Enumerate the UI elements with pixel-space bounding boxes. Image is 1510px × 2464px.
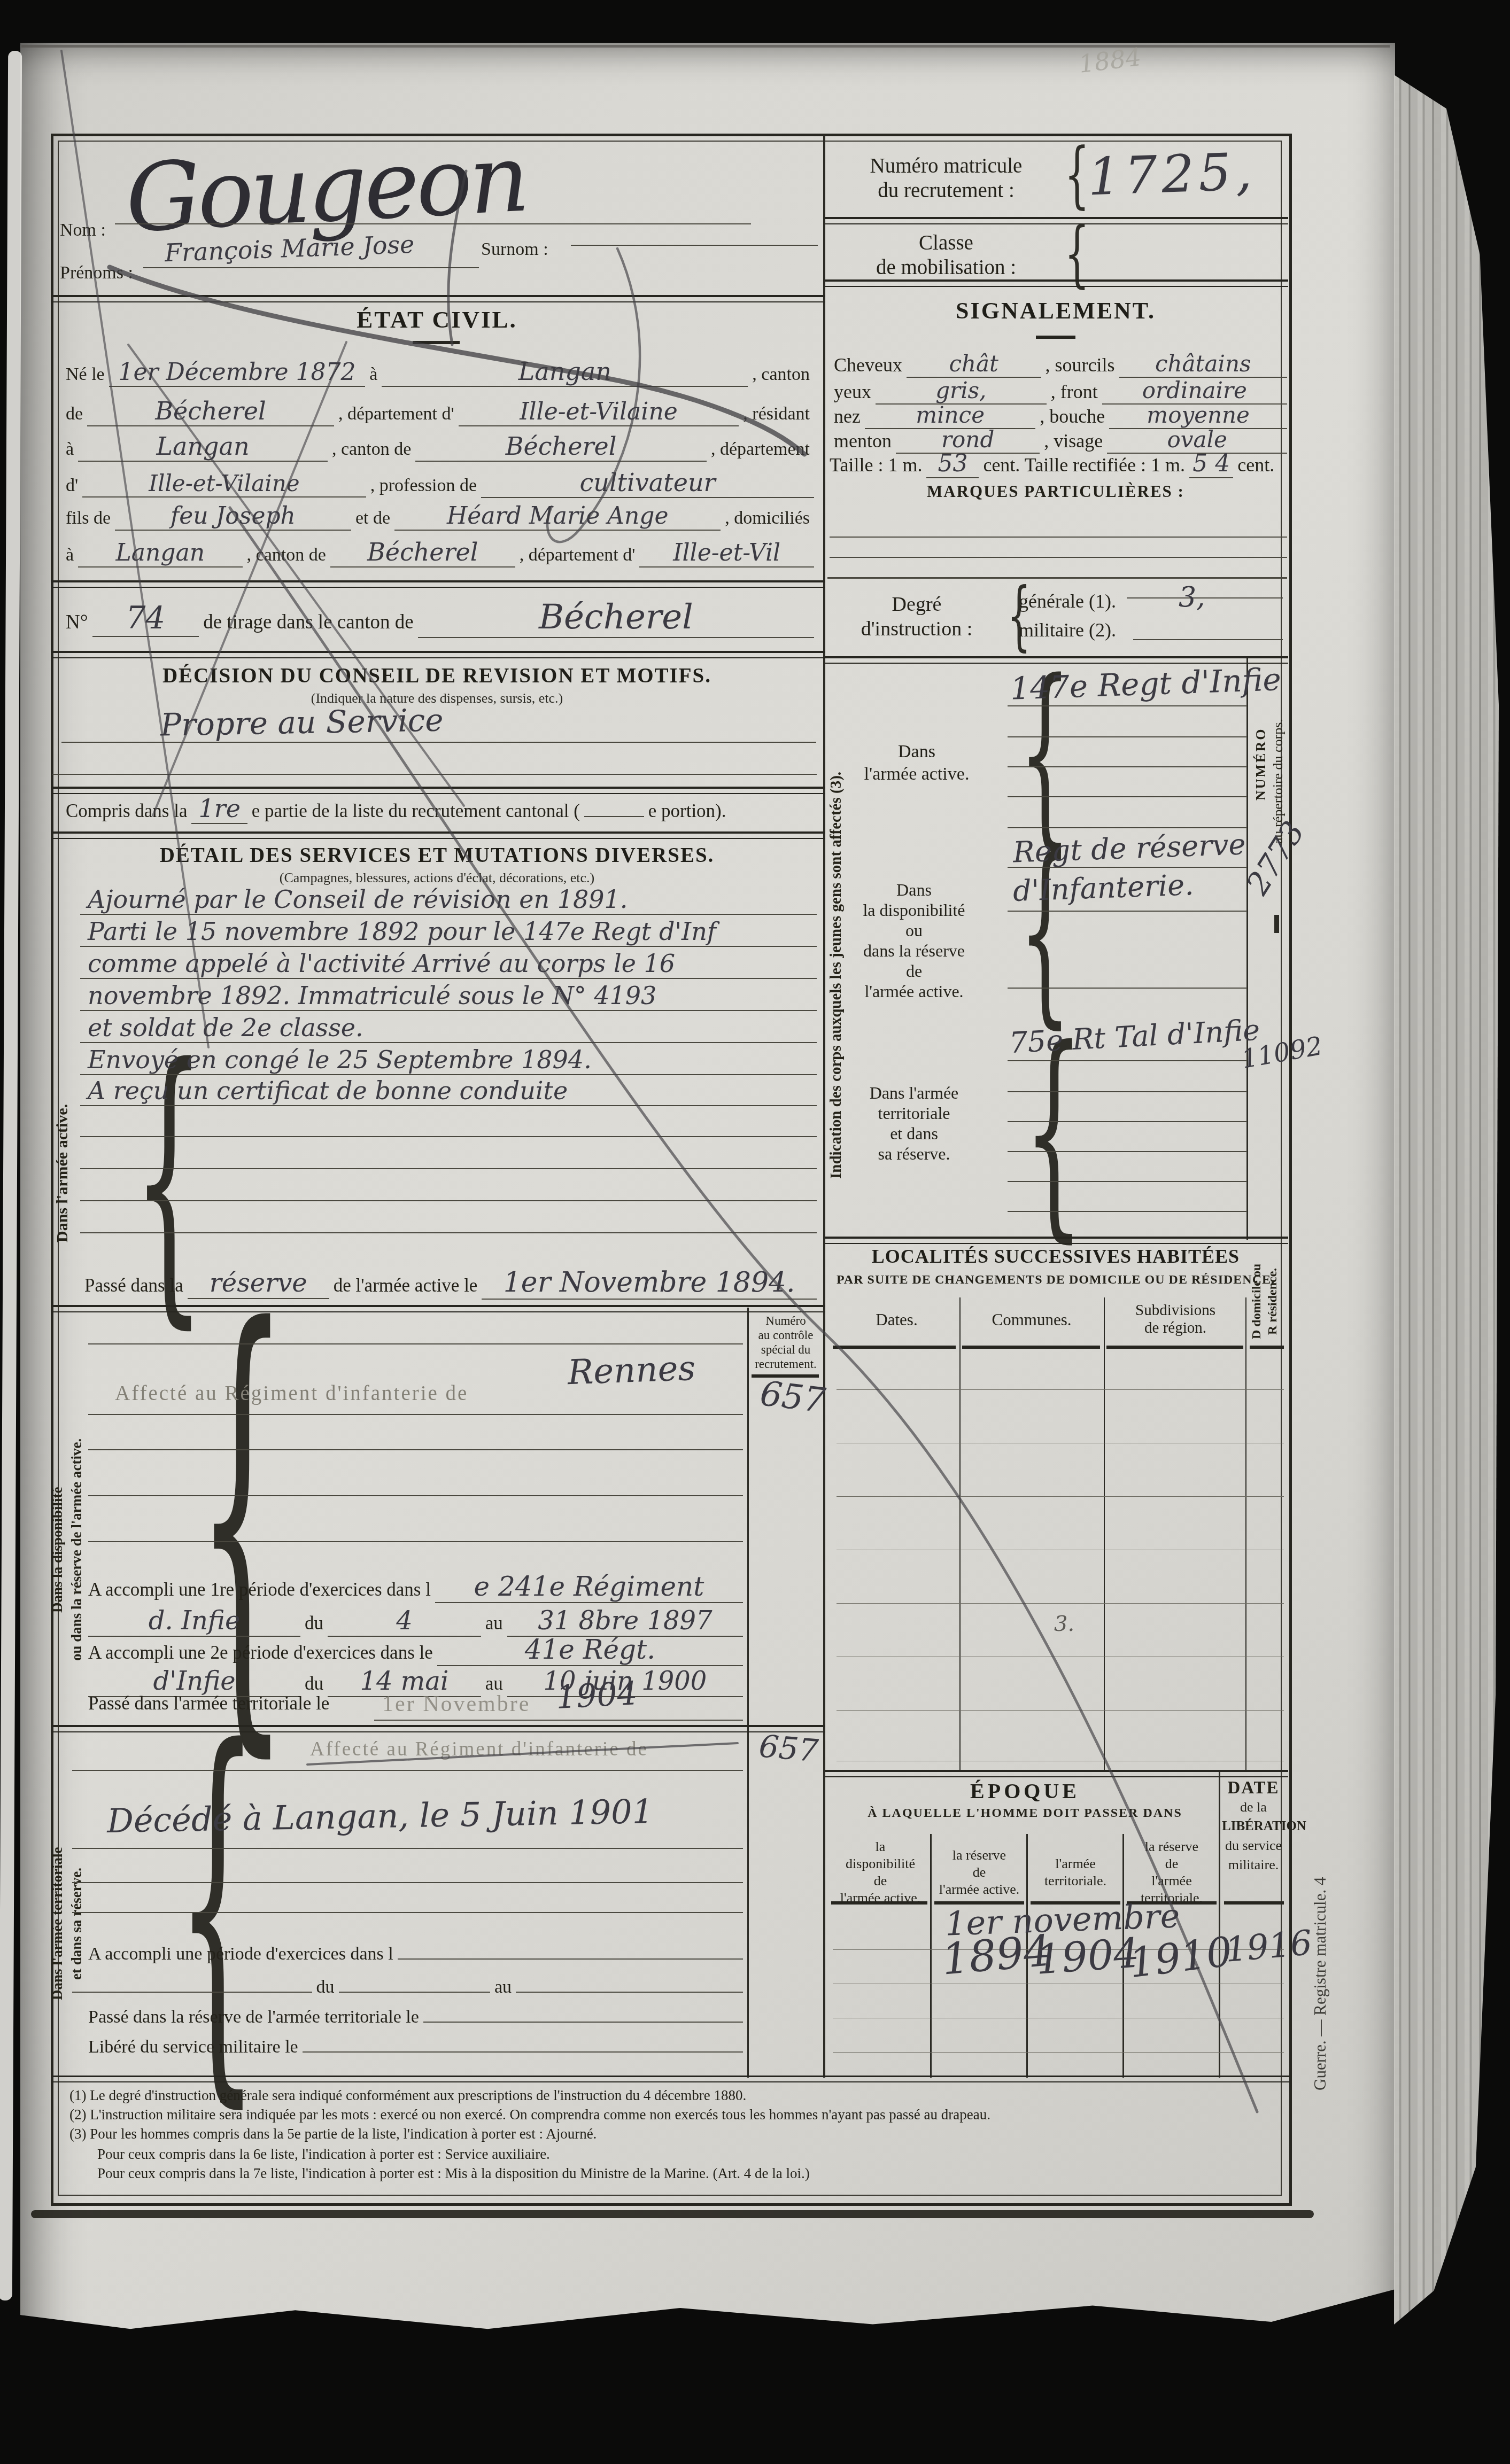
classe-label: Classe de mobilisation : bbox=[839, 231, 1053, 280]
classe-label-line1: Classe bbox=[839, 231, 1053, 255]
repertoire-tick bbox=[1274, 915, 1279, 933]
numero-controle-value: 657 bbox=[758, 1374, 827, 1421]
numero-controle-value-terr: 657 bbox=[757, 1728, 819, 1769]
departement-value: Ille-et-Vilaine bbox=[149, 470, 299, 496]
row-rule bbox=[825, 279, 1288, 287]
footnote-5: Pour ceux compris dans la 7e liste, l'in… bbox=[97, 2165, 1273, 2182]
visage-value: ovale bbox=[1167, 426, 1227, 453]
label-line: territoriale. bbox=[1031, 1872, 1120, 1890]
tirage-number: 74 bbox=[126, 600, 165, 636]
departement-value: Ille-et-Vil bbox=[673, 539, 780, 566]
label: , profession de bbox=[366, 476, 481, 496]
localites-title: LOCALITÉS SUCCESSIVES HABITÉES bbox=[823, 1245, 1288, 1268]
page-edge-sliver bbox=[0, 51, 22, 2300]
blank-line bbox=[1008, 867, 1247, 868]
label: , canton de bbox=[328, 439, 415, 460]
table-row-line bbox=[837, 1389, 1284, 1390]
table-row-line bbox=[837, 1550, 1284, 1550]
label: à bbox=[61, 545, 78, 565]
label: de l'armée active le bbox=[329, 1275, 482, 1296]
blank-line bbox=[72, 1882, 743, 1883]
label-line: la réserve bbox=[934, 1847, 1024, 1864]
label-line: l'armée bbox=[1127, 1872, 1217, 1890]
blank-line bbox=[88, 1541, 743, 1542]
label: Taille : 1 m. bbox=[830, 454, 926, 476]
label-line: LIBÉRATION bbox=[1222, 1817, 1285, 1836]
blank-line bbox=[88, 1343, 743, 1344]
table-row-line bbox=[837, 1443, 1284, 1443]
label-line: l'armée active. bbox=[855, 763, 978, 786]
liste-partie-value: 1re bbox=[198, 794, 240, 823]
father-value: feu Joseph bbox=[171, 502, 296, 530]
side-label-territoriale-1: Dans l'armée territoriale bbox=[49, 1779, 66, 2068]
blank-line bbox=[88, 1414, 743, 1415]
etat-civil-title: ÉTAT CIVIL. bbox=[51, 306, 823, 333]
epoque-col2-header: la réserve de l'armée active. bbox=[934, 1847, 1024, 1898]
blank-line bbox=[61, 742, 816, 743]
passe-territoriale-value: 1904 bbox=[555, 1675, 638, 1716]
brace-classe: { bbox=[1064, 224, 1089, 284]
epoque-col3-header: l'armée territoriale. bbox=[1031, 1855, 1120, 1890]
taille-value: 53 bbox=[938, 450, 967, 477]
section-rule bbox=[51, 580, 825, 588]
blank-line bbox=[52, 774, 817, 775]
label-au: au bbox=[490, 1977, 516, 1997]
epoque-divider bbox=[930, 1834, 932, 2078]
bottom-heavy-edge bbox=[31, 2210, 1314, 2218]
numero-header-line: recrutement. bbox=[750, 1357, 821, 1371]
localites-subtitle: PAR SUITE DE CHANGEMENTS DE DOMICILE OU … bbox=[823, 1273, 1288, 1287]
label-line: Dans bbox=[855, 741, 978, 763]
services-hw-row: Parti le 15 novembre 1892 pour le 147e R… bbox=[80, 917, 817, 947]
side-label-disponibilite-2: ou dans la réserve de l'armée active. bbox=[68, 1357, 85, 1742]
label-line: de la bbox=[1222, 1798, 1285, 1817]
birth-date-value: 1er Décembre 1872 bbox=[118, 359, 355, 386]
services-title: DÉTAIL DES SERVICES ET MUTATIONS DIVERSE… bbox=[51, 843, 823, 867]
label: A accompli une 2e période d'exercices da… bbox=[88, 1642, 437, 1664]
blank-line bbox=[80, 1168, 817, 1169]
header-rule bbox=[1224, 1901, 1284, 1905]
corps-terr-label: Dans l'armée territoriale et dans sa rés… bbox=[847, 1083, 981, 1164]
label-au: au bbox=[481, 1613, 507, 1634]
section-rule bbox=[51, 1305, 825, 1312]
degre-label: Degré d'instruction : bbox=[839, 592, 994, 641]
canton-value: Bécherel bbox=[367, 538, 478, 566]
epoque-title: ÉPOQUE bbox=[831, 1778, 1219, 1804]
blank-line bbox=[1008, 766, 1247, 767]
blank-line bbox=[1008, 1121, 1247, 1122]
label: Passé dans la réserve de l'armée territo… bbox=[88, 2007, 423, 2027]
compris-row: Compris dans la 1re e partie de la liste… bbox=[61, 794, 814, 824]
section-rule bbox=[51, 651, 825, 658]
blank-line bbox=[1008, 705, 1247, 706]
localites-col-dates: Dates. bbox=[837, 1310, 957, 1330]
etat-civil-row-2: de Bécherel , département d' Ille-et-Vil… bbox=[61, 397, 814, 426]
table-row-line bbox=[833, 2052, 1284, 2053]
numero-controle-header: Numéro au contrôle spécial du recrutemen… bbox=[750, 1313, 821, 1371]
birth-place-value: Langan bbox=[518, 357, 611, 386]
label: e portion). bbox=[644, 800, 731, 822]
matricule-label-line1: Numéro matricule bbox=[839, 154, 1053, 178]
label-line: disponibilité bbox=[833, 1855, 928, 1872]
label: Compris dans la bbox=[61, 800, 191, 822]
regiment-abbrev: d. Infie bbox=[149, 1606, 241, 1636]
service-note-2: Parti le 15 novembre 1892 pour le 147e R… bbox=[88, 917, 716, 946]
footnote-separator bbox=[51, 2076, 1289, 2082]
label: d' bbox=[61, 476, 82, 496]
title-underline bbox=[413, 341, 460, 344]
table-row-line bbox=[837, 1710, 1284, 1711]
label: , domiciliés bbox=[721, 508, 814, 528]
header-rule bbox=[1106, 1346, 1243, 1349]
degre-label-line1: Degré bbox=[839, 592, 994, 617]
label-line: de bbox=[833, 1872, 928, 1890]
periode1-row: A accompli une 1re période d'exercices d… bbox=[88, 1571, 743, 1603]
passe-territoriale-stamp: 1er Novembre bbox=[382, 1691, 530, 1717]
services-hw-row: comme appelé à l'activité Arrivé au corp… bbox=[80, 949, 817, 979]
periode-territoriale-dates-row: du au bbox=[72, 1977, 743, 1997]
label-du: du bbox=[312, 1977, 339, 1997]
footnote-4: Pour ceux compris dans la 6e liste, l'in… bbox=[97, 2146, 1273, 2163]
service-note-3: comme appelé à l'activité Arrivé au corp… bbox=[88, 949, 675, 978]
nom-label: Nom : bbox=[60, 220, 106, 240]
degre-militaire-line bbox=[1133, 639, 1283, 640]
numero-header-line: au contrôle bbox=[750, 1328, 821, 1342]
signalement-title: SIGNALEMENT. bbox=[823, 297, 1288, 324]
label-line: la réserve bbox=[1127, 1838, 1217, 1855]
service-note-6: Envoyé en congé le 25 Septembre 1894. bbox=[88, 1045, 592, 1074]
periode2-value: 41e Régt. bbox=[525, 1634, 655, 1665]
label-line: Subdivisions bbox=[1108, 1302, 1243, 1319]
label-line: la bbox=[833, 1838, 928, 1855]
services-hw-row: novembre 1892. Immatriculé sous le N° 41… bbox=[80, 981, 817, 1011]
blank-line bbox=[1008, 988, 1247, 989]
etat-civil-row-4: d' Ille-et-Vilaine , profession de culti… bbox=[61, 468, 814, 498]
table-row-line bbox=[837, 1603, 1284, 1604]
label: e partie de la liste du recrutement cant… bbox=[247, 800, 584, 822]
numero-header-line: Numéro bbox=[750, 1313, 821, 1328]
services-subtitle: (Campagnes, blessures, actions d'éclat, … bbox=[51, 870, 823, 886]
date-fin: 31 8bre 1897 bbox=[538, 1606, 712, 1636]
label: , visage bbox=[1040, 430, 1107, 452]
blank-line bbox=[72, 1848, 743, 1849]
label: , bouche bbox=[1035, 405, 1109, 427]
label-line: de bbox=[934, 1864, 1024, 1881]
label: Passé dans la bbox=[80, 1275, 188, 1296]
label-line: de région. bbox=[1108, 1319, 1243, 1337]
tirage-canton: Bécherel bbox=[539, 597, 693, 637]
label: Né le bbox=[61, 364, 109, 385]
service-note-4: novembre 1892. Immatriculé sous le N° 41… bbox=[88, 981, 656, 1010]
tirage-row: N° 74 de tirage dans le canton de Bécher… bbox=[61, 597, 814, 638]
label-line: militaire. bbox=[1222, 1855, 1285, 1875]
label: cent. Taille rectifiée : 1 m. bbox=[979, 454, 1189, 476]
blank-line bbox=[1008, 1211, 1247, 1212]
label: , département d' bbox=[334, 404, 459, 424]
label: , canton bbox=[748, 364, 814, 385]
numero-column-divider bbox=[747, 1308, 749, 2078]
label-line: ou bbox=[847, 920, 981, 940]
epoque-1904: 1904 bbox=[1034, 1929, 1141, 1983]
label: de tirage dans le canton de bbox=[199, 611, 417, 634]
label: cent. bbox=[1233, 454, 1279, 476]
label: et de bbox=[351, 508, 394, 528]
signalement-row-cheveux: Cheveux chât , sourcils châtains bbox=[830, 351, 1287, 378]
bouche-value: moyenne bbox=[1147, 402, 1250, 428]
services-hw-row: Envoyé en congé le 25 Septembre 1894. bbox=[80, 1045, 817, 1075]
epoque-date-header: DATE de la LIBÉRATION du service militai… bbox=[1222, 1778, 1285, 1875]
book-fore-edge bbox=[1394, 75, 1499, 2325]
blank-line bbox=[80, 1200, 817, 1201]
services-hw-row: Ajourné par le Conseil de révision en 18… bbox=[80, 885, 817, 915]
degre-label-line2: d'instruction : bbox=[839, 617, 994, 641]
signalement-row-nez: nez mince , bouche moyenne bbox=[830, 402, 1287, 429]
localites-col-subdivisions: Subdivisions de région. bbox=[1108, 1302, 1243, 1337]
localites-divider bbox=[959, 1297, 961, 1771]
label-line: Dans l'armée bbox=[847, 1083, 981, 1103]
section-rule bbox=[825, 1237, 1288, 1244]
label: nez bbox=[830, 405, 865, 427]
label: , département bbox=[707, 439, 814, 460]
libere-row: Libéré du service militaire le bbox=[88, 2037, 743, 2057]
footnote-2: (2) L'instruction militaire sera indiqué… bbox=[69, 2107, 1277, 2123]
localites-col-communes: Communes. bbox=[962, 1310, 1101, 1330]
numero-header-line: spécial du bbox=[750, 1342, 821, 1357]
passe-reserve-territoriale-row: Passé dans la réserve de l'armée territo… bbox=[88, 2007, 743, 2027]
taille-rectifiee-value: 5 4 bbox=[1192, 450, 1230, 477]
blank-line bbox=[1008, 1151, 1247, 1152]
periode1-value: e 241e Régiment bbox=[474, 1571, 704, 1602]
service-note-5: et soldat de 2e classe. bbox=[88, 1013, 363, 1042]
surnom-label: Surnom : bbox=[481, 239, 548, 260]
label-line: de bbox=[847, 961, 981, 981]
yeux-value: gris, bbox=[935, 377, 986, 403]
menton-value: rond bbox=[941, 426, 994, 453]
matricule-label-line2: du recrutement : bbox=[839, 178, 1053, 203]
spine-label: Guerre. — Registre matricule. 4 bbox=[1311, 1834, 1330, 2133]
blank-line bbox=[1008, 736, 1247, 737]
cheveux-value: chât bbox=[949, 351, 999, 377]
etat-civil-row-5: fils de feu Joseph et de Héard Marie Ang… bbox=[61, 502, 814, 531]
nez-value: mince bbox=[916, 402, 985, 428]
blank-line bbox=[830, 537, 1287, 538]
table-row-line bbox=[837, 1496, 1284, 1497]
header-rule bbox=[962, 1346, 1100, 1349]
repertoire-label-1: NUMÉRO bbox=[1253, 689, 1269, 839]
etat-civil-row-6: à Langan , canton de Bécherel , départem… bbox=[61, 538, 814, 568]
header-rule bbox=[831, 1901, 927, 1905]
brace-matricule: { bbox=[1064, 145, 1089, 205]
decision-title: DÉCISION DU CONSEIL DE REVISION ET MOTIF… bbox=[51, 664, 823, 688]
blank-line bbox=[1008, 911, 1247, 912]
corps-active-label: Dans l'armée active. bbox=[855, 741, 978, 786]
profession-value: cultivateur bbox=[580, 468, 716, 497]
label: A accompli une période d'exercices dans … bbox=[88, 1944, 398, 1964]
label: A accompli une 1re période d'exercices d… bbox=[88, 1579, 435, 1600]
periode1-dates-row: d. Infie du 4 au 31 8bre 1897 bbox=[88, 1606, 743, 1637]
footnote-1: (1) Le degré d'instruction générale sera… bbox=[69, 2087, 1267, 2104]
affecte-value-rennes: Rennes bbox=[567, 1349, 696, 1393]
localites-divider bbox=[1104, 1297, 1105, 1771]
blank-line bbox=[80, 1136, 817, 1137]
blank-line bbox=[827, 577, 1287, 579]
page-top-edge-shadow bbox=[21, 45, 1390, 48]
localites-col-dr-2: R résidence. bbox=[1266, 1256, 1280, 1347]
blank-line bbox=[72, 1770, 743, 1771]
numero-label: N° bbox=[61, 611, 92, 634]
signalement-row-taille: Taille : 1 m. 53 cent. Taille rectifiée … bbox=[830, 450, 1287, 478]
label: yeux bbox=[830, 380, 876, 403]
front-value: ordinaire bbox=[1142, 377, 1247, 403]
etat-civil-row-1: Né le 1er Décembre 1872 à Langan , canto… bbox=[61, 357, 814, 387]
section-rule bbox=[51, 831, 825, 839]
center-divider bbox=[823, 135, 825, 2078]
epoque-col1-header: la disponibilité de l'armée active. bbox=[833, 1838, 928, 1907]
blank-line bbox=[1008, 1181, 1247, 1182]
prenoms-line bbox=[143, 267, 479, 268]
blank-line bbox=[88, 1495, 743, 1496]
service-note-7: A reçu un certificat de bonne conduite bbox=[88, 1076, 568, 1105]
label: de bbox=[61, 404, 87, 424]
label: fils de bbox=[61, 508, 115, 528]
epoque-subtitle: À LAQUELLE L'HOMME DOIT PASSER DANS bbox=[831, 1806, 1219, 1821]
date-debut: 4 bbox=[396, 1606, 413, 1636]
blank-line bbox=[88, 1449, 743, 1450]
marques-label: MARQUES PARTICULIÈRES : bbox=[823, 482, 1288, 501]
services-hw-row: et soldat de 2e classe. bbox=[80, 1013, 817, 1043]
table-row-line bbox=[837, 1761, 1284, 1761]
blank-line bbox=[830, 557, 1287, 558]
service-note-1: Ajourné par le Conseil de révision en 18… bbox=[88, 885, 628, 914]
label: Libéré du service militaire le bbox=[88, 2037, 303, 2057]
table-row-line bbox=[837, 1657, 1284, 1657]
passe-reserve-date: 1er Novembre 1894. bbox=[504, 1266, 795, 1299]
side-label-corps: Indication des corps auxquels les jeunes… bbox=[827, 711, 845, 1240]
blank-line bbox=[80, 1232, 817, 1233]
surnom-line bbox=[571, 245, 818, 246]
prenoms-label: Prénoms : bbox=[60, 263, 133, 283]
label: , résidant bbox=[739, 404, 814, 424]
sourcils-value: châtains bbox=[1155, 351, 1251, 377]
brace-corps-terr: { bbox=[1024, 1040, 1083, 1224]
label-line: du service bbox=[1222, 1836, 1285, 1855]
footnote-3: (3) Pour les hommes compris dans la 5e p… bbox=[69, 2126, 1267, 2142]
label: Cheveux bbox=[830, 354, 907, 376]
etat-civil-row-3: à Langan , canton de Bécherel , départem… bbox=[61, 432, 814, 462]
title-underline bbox=[1036, 336, 1075, 339]
domicile-value: Langan bbox=[116, 539, 205, 566]
classe-label-line2: de mobilisation : bbox=[839, 255, 1053, 280]
repertoire-column-divider bbox=[1246, 658, 1248, 1240]
blank-line bbox=[1008, 796, 1247, 797]
label: , canton de bbox=[243, 545, 330, 565]
blank-line bbox=[1008, 1060, 1247, 1061]
label-line: l'armée active. bbox=[934, 1881, 1024, 1898]
localites-divider bbox=[1245, 1297, 1246, 1771]
label-du: du bbox=[300, 1613, 328, 1634]
label: , département d' bbox=[515, 545, 640, 565]
matricule-label: Numéro matricule du recrutement : bbox=[839, 154, 1053, 203]
canton-value: Bécherel bbox=[155, 397, 266, 425]
table-row-line bbox=[833, 1984, 1284, 1984]
degre-generale-value: 3, bbox=[1179, 581, 1205, 613]
residence-value: Langan bbox=[157, 432, 250, 461]
label-line: dans la réserve bbox=[847, 940, 981, 961]
passe-reserve-row: Passé dans la réserve de l'armée active … bbox=[80, 1266, 817, 1300]
services-hw-row: A reçu un certificat de bonne conduite bbox=[80, 1076, 817, 1106]
label-line: de bbox=[1127, 1855, 1217, 1872]
epoque-divider bbox=[1219, 1772, 1220, 2078]
stray-mark: 3. bbox=[1054, 1612, 1074, 1636]
label: menton bbox=[830, 430, 896, 452]
header-rule bbox=[833, 1346, 956, 1349]
mother-value: Héard Marie Ange bbox=[447, 502, 669, 530]
label-line: et dans bbox=[847, 1123, 981, 1144]
section-rule bbox=[51, 787, 825, 794]
label-line: territoriale bbox=[847, 1103, 981, 1123]
corps-dispo-label: Dans la disponibilité ou dans la réserve… bbox=[847, 880, 981, 1001]
label-du: du bbox=[300, 1673, 328, 1695]
periode-territoriale-row: A accompli une période d'exercices dans … bbox=[88, 1944, 743, 1964]
blank-line bbox=[72, 1912, 743, 1913]
label-line: l'armée active. bbox=[847, 981, 981, 1001]
signalement-row-yeux: yeux gris, , front ordinaire bbox=[830, 377, 1287, 405]
side-label-territoriale-2: et dans sa réserve. bbox=[68, 1812, 85, 2036]
localites-col-dr-1: D domicile ou bbox=[1250, 1252, 1264, 1351]
label-line: l'armée bbox=[1031, 1855, 1120, 1872]
label: , sourcils bbox=[1041, 354, 1119, 376]
epoque-1916: 1916 bbox=[1224, 1923, 1314, 1970]
departement-value: Ille-et-Vilaine bbox=[520, 398, 678, 425]
corps-dispo-value-2: d'Infanterie. bbox=[1012, 868, 1194, 908]
label: à bbox=[61, 439, 78, 460]
blank-line bbox=[1008, 1091, 1247, 1092]
table-row-line bbox=[833, 2018, 1284, 2018]
row-rule bbox=[825, 217, 1288, 224]
label: à bbox=[365, 364, 382, 385]
nom-line bbox=[115, 223, 751, 224]
label: , front bbox=[1047, 380, 1102, 403]
degre-generale-label: générale (1). bbox=[1019, 590, 1116, 612]
header-rule bbox=[1250, 1346, 1284, 1349]
affecte-stamp: Affecté au Régiment d'infanterie de bbox=[115, 1381, 468, 1405]
blank-line bbox=[374, 1720, 743, 1721]
periode2-row: A accompli une 2e période d'exercices da… bbox=[88, 1634, 743, 1666]
section-rule bbox=[51, 295, 825, 302]
label-line: Dans bbox=[847, 880, 981, 900]
canton-value: Bécherel bbox=[506, 432, 617, 461]
section-rule bbox=[51, 1725, 825, 1732]
side-label-disponibilite-1: Dans la disponibilité bbox=[49, 1389, 66, 1710]
label-line: la disponibilité bbox=[847, 900, 981, 920]
label-line: DATE bbox=[1222, 1778, 1285, 1798]
decision-value: Propre au Service bbox=[160, 702, 444, 743]
label-line: sa réserve. bbox=[847, 1144, 981, 1164]
side-label-armee-active: Dans l'armée active. bbox=[53, 1047, 72, 1299]
matricule-number: 1725, bbox=[1087, 142, 1257, 207]
affecte-stamp-struck: Affecté au Régiment d'infanterie de bbox=[310, 1738, 648, 1761]
